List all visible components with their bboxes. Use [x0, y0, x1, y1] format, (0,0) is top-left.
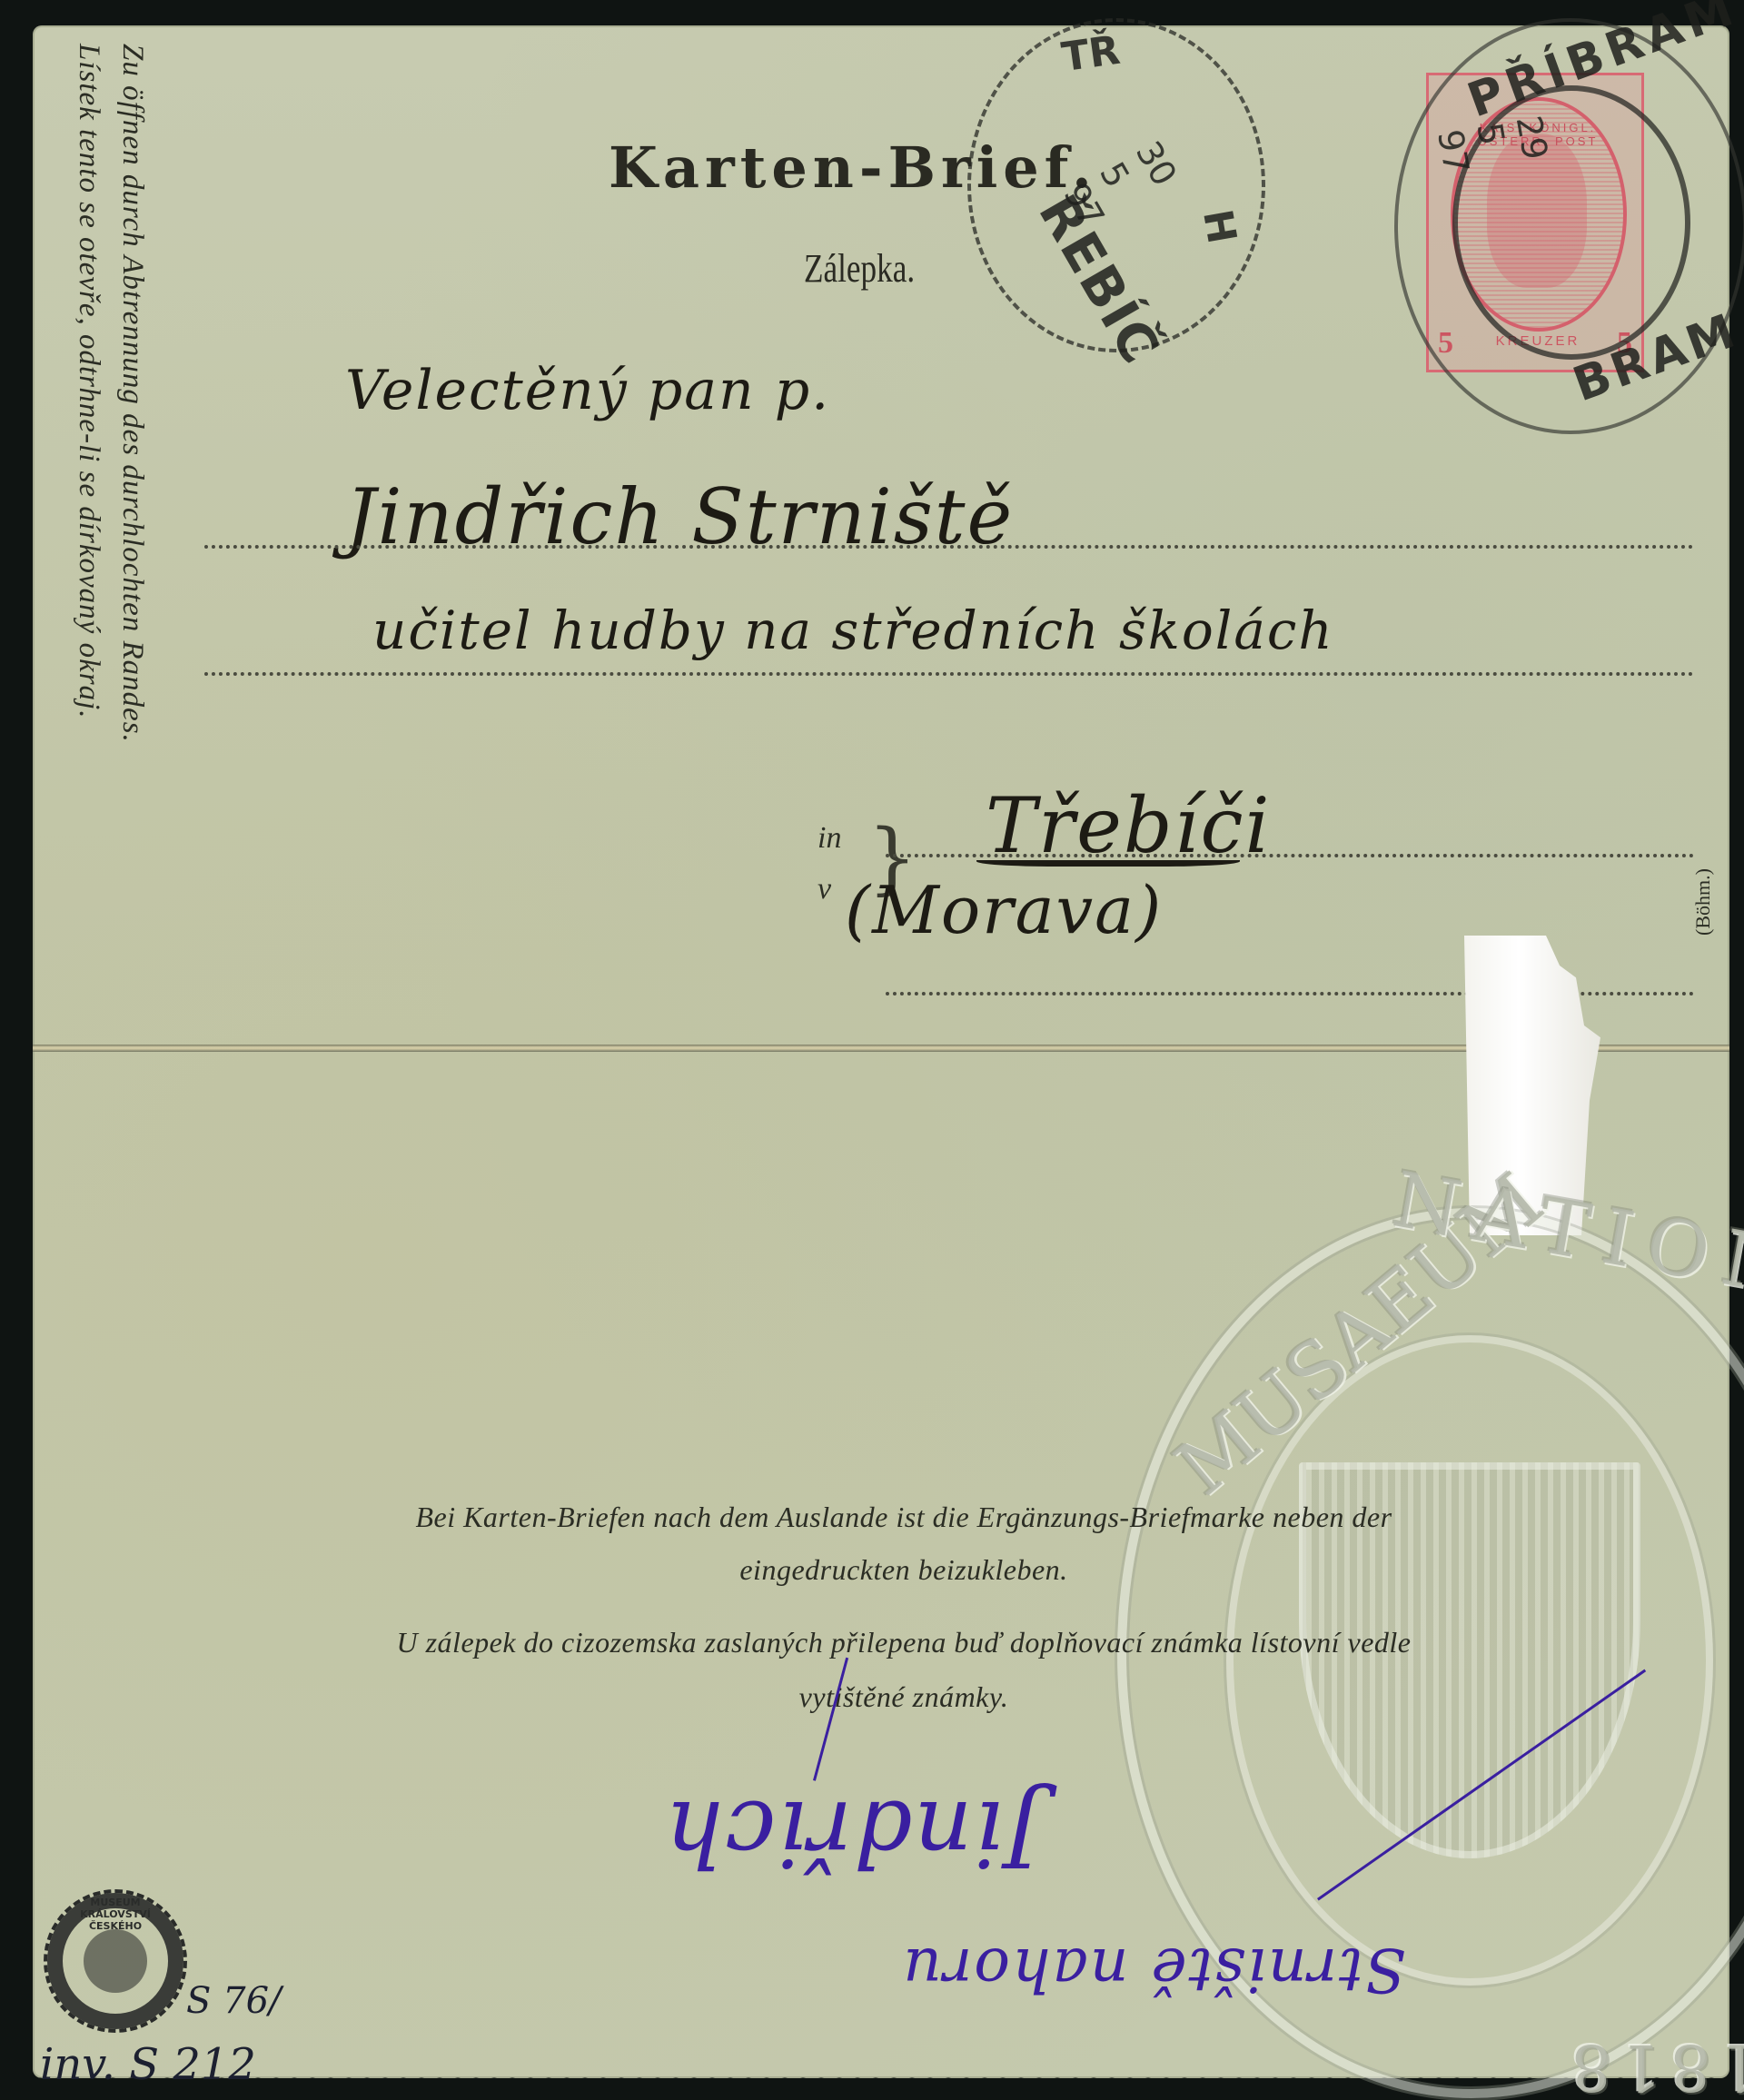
- region-note: (Böhm.): [1691, 868, 1715, 936]
- perforated-edge-left: [25, 25, 40, 2078]
- footer-german-line-2: eingedruckten beizukleben.: [200, 1553, 1608, 1587]
- footer-german-line-1: Bei Karten-Briefen nach dem Auslande ist…: [200, 1501, 1608, 1534]
- side-instructions: Zu öffnen durch Abtrennung des durchloch…: [67, 44, 154, 1006]
- address-line-3: [886, 854, 1694, 857]
- archive-stamp-text: MUSEUM KRÁLOVSTVÍ ČESKÉHO: [58, 1897, 173, 1932]
- footer-czech-line-1: U zálepek do cizozemska zaslaných přilep…: [200, 1626, 1608, 1659]
- inventory-number: inv. S 212: [40, 2039, 256, 2090]
- catalog-number: S 76/: [186, 1980, 282, 2022]
- postmark-hour: H: [1194, 206, 1245, 247]
- address-line-2: [204, 672, 1694, 676]
- place-label-german: in: [817, 813, 841, 864]
- address-region: (Morava): [845, 872, 1163, 948]
- side-instruction-german: Zu öffnen durch Abtrennung des durchloch…: [111, 44, 154, 1006]
- seal-year: 1818: [1562, 2030, 1744, 2100]
- place-label-czech: v: [817, 864, 841, 915]
- postmark-trebic: TŘ 30 5 97 H ŘEBÍČ: [967, 18, 1265, 352]
- place-label: in v: [817, 813, 841, 915]
- postmark-town-top: TŘ: [1059, 27, 1123, 81]
- perforated-edge-top: [33, 16, 1729, 31]
- side-instruction-czech: Lístek tento se otevře, odtrhne-li se dí…: [67, 44, 111, 1006]
- address-salutation: Velectěný pan p.: [345, 359, 830, 422]
- archive-stamp: MUSEUM KRÁLOVSTVÍ ČESKÉHO: [44, 1889, 187, 2033]
- card-subtitle: Zálepka.: [804, 245, 915, 292]
- purple-signature-line-2: Strniště nahoru: [654, 1935, 1653, 2005]
- town-underline: [976, 849, 1240, 867]
- address-line-1: [204, 545, 1694, 549]
- footer-czech-line-2: vytištěné známky.: [200, 1680, 1608, 1714]
- purple-signature-line-1: Jindřich: [663, 1780, 1042, 1887]
- address-occupation: učitel hudby na středních školách: [372, 599, 1334, 661]
- eagle-emblem-icon: [84, 1929, 147, 1993]
- postmark-pribram: PŘÍBRAM 29 5 97 BRAM: [1394, 18, 1744, 434]
